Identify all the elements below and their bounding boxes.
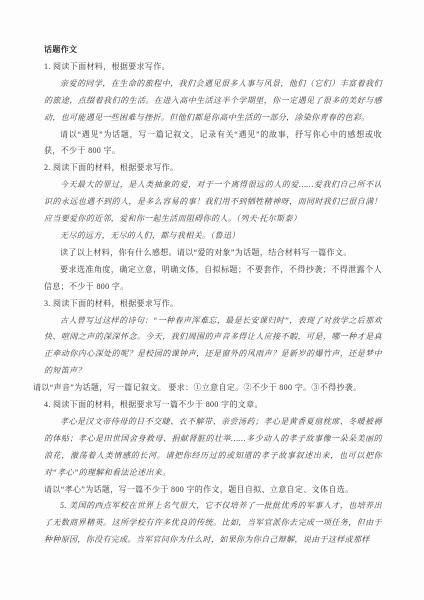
prompt-3-requirement: 请以“声音”为话题，写一篇记叙文。 要求：①立意自定。②不少于 800 字。③不… (33, 380, 382, 397)
prompt-2-task: 读了以上材料，你有什么感想。请以“爱的对象”为话题，结合材料写一篇作文。 (44, 245, 382, 262)
prompt-4-material: 孝心是汉文帝侍母的目不交睫、衣不解带、亲尝汤药；孝心是黄香夏扇枕席、冬暖被褥的体… (44, 414, 382, 482)
doc-title-text: 话题作文 (44, 45, 77, 54)
prompt-5-text: 5. 美国的西点军校在世界上名气很大，它不仅培养了一批批优秀的军事人才，也培养出… (44, 498, 382, 549)
prompt-1-heading: 1. 阅读下面材料，根据要求写作。 (44, 59, 382, 76)
prompt-3-heading: 3. 阅读下面的材料，根据要求写作。 (44, 296, 382, 313)
prompt-3-material: 古人曾写过这样的诗句：“一种春声浑难忘，最是长安课归时”，表现了对放学之后那欢快… (44, 313, 382, 381)
prompt-2-heading: 2. 阅读下面的材料，根据要求写作。 (44, 160, 382, 177)
prompt-1-requirement: 请以“遇见”为话题，写一篇记叙文，记录有关“遇见”的故事，抒写你心中的感想或收获… (44, 127, 382, 161)
prompt-1-material: 亲爱的同学，在生命的旅程中，我们会遇见很多人事与风景，他们（它们）丰富着我们的旅… (44, 76, 382, 127)
prompt-4-heading: 4. 阅读下面的材料，根据要求写一篇不少于 800 字的文章。 (44, 397, 382, 414)
document-page: 话题作文 1. 阅读下面材料，根据要求写作。 亲爱的同学，在生命的旅程中，我们会… (0, 0, 424, 600)
prompt-2-material-luxun: 无尽的远方，无尽的人们，都与我相关。（鲁迅） (44, 228, 382, 245)
doc-title: 话题作文 (44, 42, 382, 59)
prompt-2-requirement: 要求选准角度，确定立意，明确文体，自拟标题；不要套作，不得抄袭；不得泄露个人信息… (44, 262, 382, 296)
prompt-4-requirement: 请以“孝心”为话题，写一篇不少于 800 字的作文，题目自拟、立意自定、文体自选… (44, 482, 382, 499)
prompt-2-material-tolstoy: 今天最大的罪过，是人类抽象的爱，对于一个离得很远的人的爱……爱我们自己所不认识的… (44, 177, 382, 228)
